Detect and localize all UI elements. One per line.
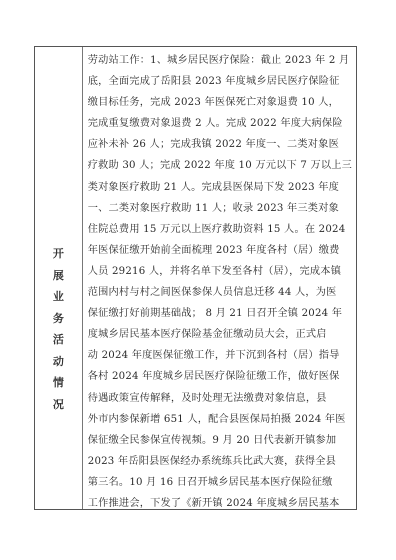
text-line: 外市内参保新增 651 人，配合县医保局拍摄 2024 年医: [88, 409, 352, 430]
label-char: 展: [35, 265, 82, 287]
label-char: 务: [35, 308, 82, 330]
text-line: 底，全面完成了岳阳县 2023 年度城乡居民医疗保险征: [88, 71, 352, 92]
text-line: 度城乡居民基本医疗保险基金征缴动员大会，正式启: [88, 324, 352, 345]
label-char: 情: [35, 372, 82, 394]
text-line: 完成重复缴费对象退费 2 人。完成 2022 年度大病保险: [88, 113, 352, 134]
label-char: 况: [35, 394, 82, 416]
row-label-cell: 开 展 业 务 活 动 情 况: [35, 47, 83, 509]
text-line: 待遇政策宣传解释，及时处理无法缴费对象信息，县: [88, 388, 352, 409]
text-line: 缴目标任务，完成 2023 年医保死亡对象退费 10 人，: [88, 92, 352, 113]
text-line: 工作推进会，下发了《新开镇 2024 年度城乡居民基本: [88, 493, 352, 514]
text-line: 动 2024 年度医保征缴工作，并下沉到各村（居）指导: [88, 345, 352, 366]
text-line: 2023 年岳阳县医保经办系统练兵比武大赛，获得全县: [88, 451, 352, 472]
row-label-vertical: 开 展 业 务 活 动 情 况: [35, 243, 82, 415]
text-line: 第三名。10 月 16 日召开城乡居民基本医疗保险征缴: [88, 472, 352, 493]
text-line: 劳动站工作：1、城乡居民医疗保险：截止 2023 年 2 月: [88, 50, 352, 71]
text-line: 疗救助 30 人；完成 2022 年度 10 万元以下 7 万以上三: [88, 155, 352, 176]
label-char: 开: [35, 243, 82, 265]
text-line: 应补未补 26 人；完成我镇 2022 年度一、二类对象医: [88, 134, 352, 155]
work-report-table: 开 展 业 务 活 动 情 况 劳动站工作：1、城乡居民医疗保险：截止 2023…: [34, 46, 357, 510]
label-char: 活: [35, 329, 82, 351]
label-char: 业: [35, 286, 82, 308]
text-line: 范围内村与村之间医保参保人员信息迁移 44 人，为医: [88, 282, 352, 303]
text-line: 各村 2024 年度城乡居民医疗保险征缴工作，做好医保: [88, 366, 352, 387]
text-line: 类对象医疗救助 21 人。完成县医保局下发 2023 年度: [88, 177, 352, 198]
content-cell: 劳动站工作：1、城乡居民医疗保险：截止 2023 年 2 月 底，全面完成了岳阳…: [83, 47, 356, 509]
text-line: 人员 29216 人，并将名单下发至各村（居），完成本镇: [88, 261, 352, 282]
text-line: 一、二类对象医疗救助 11 人；收录 2023 年三类对象: [88, 198, 352, 219]
text-line: 保征缴打好前期基础战； 8 月 21 日召开全镇 2024 年: [88, 303, 352, 324]
text-line: 住院总费用 15 万元以上医疗救助资料 15 人。在 2024: [88, 219, 352, 240]
text-line: 年医保征缴开始前全面梳理 2023 年度各村（居）缴费: [88, 240, 352, 261]
text-line: 保征缴全民参保宣传视频。9 月 20 日代表新开镇参加: [88, 430, 352, 451]
label-char: 动: [35, 351, 82, 373]
